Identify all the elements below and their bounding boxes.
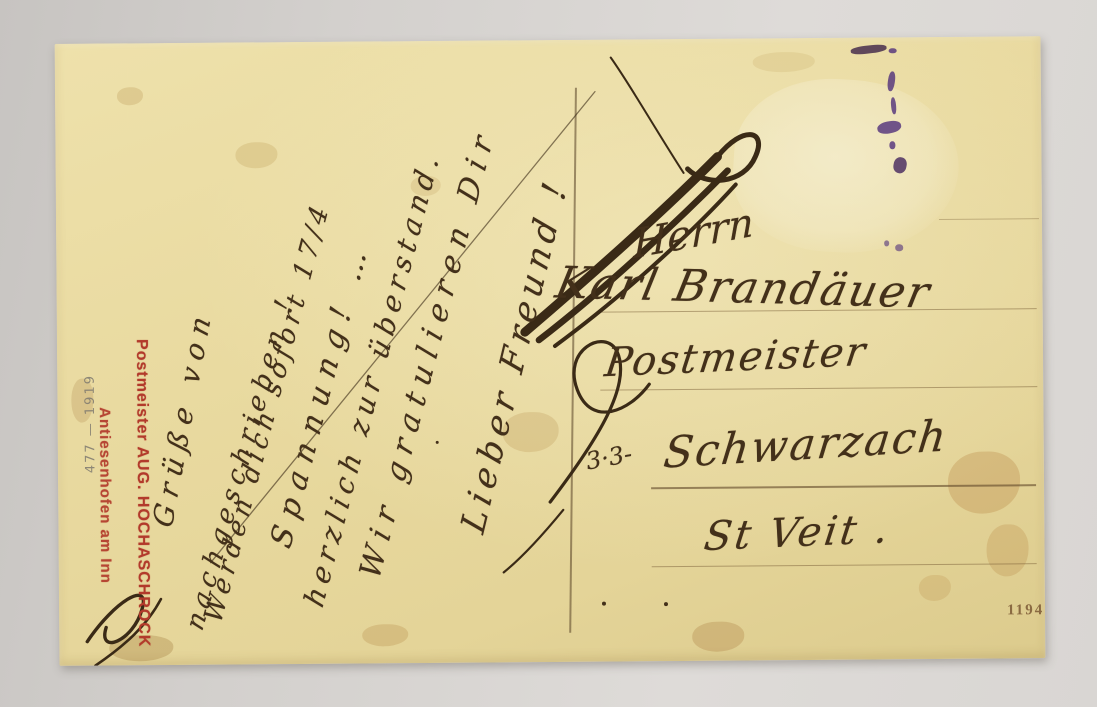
address-rule-line	[939, 218, 1039, 220]
postmark-remnant	[850, 43, 887, 55]
address-route-mark: 3·3-	[584, 440, 635, 476]
age-stain	[753, 52, 815, 72]
postcard: Lieber Freund ! Wir gratulieren Dir herz…	[55, 36, 1046, 666]
postmark-remnant	[884, 240, 889, 246]
address-salutation: Herrn	[633, 199, 754, 268]
card-number: 1194	[1007, 602, 1044, 619]
age-stain	[948, 451, 1020, 514]
postal-stamp-line2: Antiesenhofen am Inn	[96, 407, 114, 584]
age-stain	[692, 621, 744, 651]
address-rule-line	[651, 484, 1036, 489]
postal-stamp-line1: Postmeister AUG. HOCHASCHROCK	[132, 339, 152, 648]
ink-dot	[602, 602, 606, 606]
ink-dot	[436, 441, 439, 444]
photo-of-postcard: Lieber Freund ! Wir gratulieren Dir herz…	[0, 0, 1097, 707]
message-line: Grüße von	[146, 305, 218, 531]
postmark-remnant	[895, 244, 903, 251]
age-stain	[235, 142, 277, 168]
age-stain	[362, 624, 408, 646]
address-rule-line	[600, 386, 1037, 390]
pencil-note: 477 — 1919	[83, 374, 99, 473]
address-rule-line	[652, 563, 1037, 567]
address-district: St Veit .	[701, 506, 893, 560]
address-title: Postmeister	[602, 329, 870, 386]
ink-dot	[664, 602, 668, 606]
removed-stamp-patch	[728, 73, 963, 260]
age-stain	[919, 575, 951, 601]
postmark-remnant	[889, 48, 897, 53]
divider-line	[569, 88, 576, 633]
postmark-remnant	[889, 141, 895, 149]
age-stain	[117, 87, 143, 105]
address-name: Karl Brandäuer	[551, 258, 935, 319]
age-stain	[986, 524, 1028, 576]
address-town: Schwarzach	[661, 411, 951, 479]
